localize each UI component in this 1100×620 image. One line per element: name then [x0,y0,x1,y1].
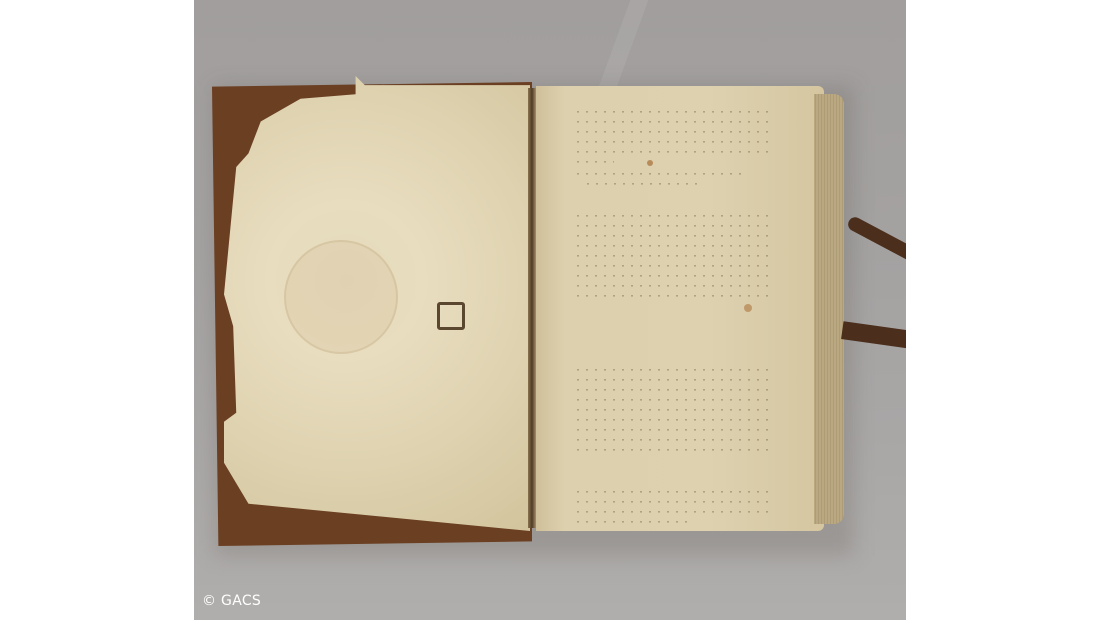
left-page-stain [284,240,398,354]
backdrop-glare [598,0,649,90]
leather-strap-upper [846,215,906,260]
page-edges [814,94,844,524]
handwriting-heading [574,166,744,186]
manuscript-photo: © GACS [194,0,906,620]
ink-spot [647,160,653,166]
copyright-watermark: © GACS [202,593,261,609]
ink-spot [744,304,752,312]
handwriting-block-2 [574,208,774,298]
square-mark [437,302,465,330]
handwriting-block-3 [574,362,774,452]
handwriting-block-1 [574,104,774,164]
book-gutter [528,88,536,528]
handwriting-block-4 [574,484,774,524]
